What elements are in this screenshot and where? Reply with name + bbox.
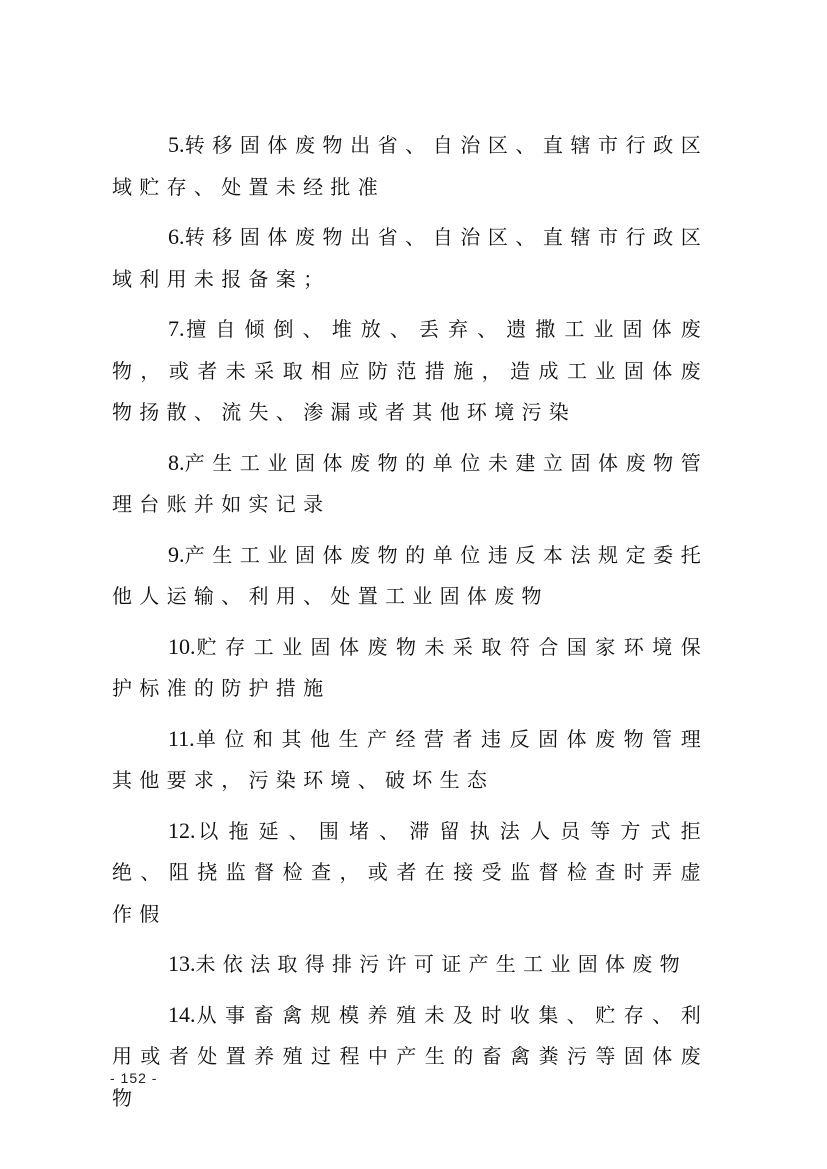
- item-number: 14.: [168, 1002, 196, 1027]
- item-number: 5.: [168, 132, 185, 157]
- item-text: 贮存工业固体废物未采取符合国家环境保护标准的防护措施: [112, 635, 708, 701]
- list-item-7: 7.擅自倾倒、堆放、丢弃、遗撒工业固体废物，或者未采取相应防范措施，造成工业固体…: [112, 308, 708, 434]
- list-item-13: 13.未依法取得排污许可证产生工业固体废物: [112, 943, 708, 986]
- document-page: 5.转移固体废物出省、自治区、直辖市行政区域贮存、处置未经批准 6.转移固体废物…: [0, 0, 827, 1169]
- item-number: 11.: [168, 726, 195, 751]
- item-text: 以拖延、围堵、滞留执法人员等方式拒绝、阻挠监督检查，或者在接受监督检查时弄虚作假: [112, 819, 708, 926]
- item-number: 8.: [168, 450, 185, 475]
- document-body: 5.转移固体废物出省、自治区、直辖市行政区域贮存、处置未经批准 6.转移固体废物…: [112, 124, 708, 1127]
- list-item-11: 11.单位和其他生产经营者违反固体废物管理其他要求，污染环境、破坏生态: [112, 718, 708, 802]
- item-number: 10.: [168, 634, 196, 659]
- item-number: 7.: [168, 316, 185, 341]
- item-number: 9.: [168, 542, 185, 567]
- list-item-5: 5.转移固体废物出省、自治区、直辖市行政区域贮存、处置未经批准: [112, 124, 708, 208]
- item-number: 12.: [168, 818, 196, 843]
- item-text: 转移固体废物出省、自治区、直辖市行政区域贮存、处置未经批准: [112, 133, 708, 199]
- item-number: 13.: [168, 951, 196, 976]
- page-number: - 152 -: [110, 1070, 157, 1086]
- item-text: 转移固体废物出省、自治区、直辖市行政区域利用未报备案；: [112, 225, 708, 291]
- item-number: 6.: [168, 224, 185, 249]
- list-item-14: 14.从事畜禽规模养殖未及时收集、贮存、利用或者处置养殖过程中产生的畜禽粪污等固…: [112, 994, 708, 1120]
- item-text: 擅自倾倒、堆放、丢弃、遗撒工业固体废物，或者未采取相应防范措施，造成工业固体废物…: [112, 317, 708, 424]
- list-item-9: 9.产生工业固体废物的单位违反本法规定委托他人运输、利用、处置工业固体废物: [112, 534, 708, 618]
- item-text: 产生工业固体废物的单位未建立固体废物管理台账并如实记录: [112, 451, 708, 517]
- list-item-6: 6.转移固体废物出省、自治区、直辖市行政区域利用未报备案；: [112, 216, 708, 300]
- item-text: 产生工业固体废物的单位违反本法规定委托他人运输、利用、处置工业固体废物: [112, 543, 708, 609]
- item-text: 单位和其他生产经营者违反固体废物管理其他要求，污染环境、破坏生态: [112, 727, 708, 793]
- item-text: 未依法取得排污许可证产生工业固体废物: [196, 952, 687, 976]
- list-item-12: 12.以拖延、围堵、滞留执法人员等方式拒绝、阻挠监督检查，或者在接受监督检查时弄…: [112, 810, 708, 936]
- list-item-8: 8.产生工业固体废物的单位未建立固体废物管理台账并如实记录: [112, 442, 708, 526]
- item-text: 从事畜禽规模养殖未及时收集、贮存、利用或者处置养殖过程中产生的畜禽粪污等固体废物: [112, 1003, 708, 1110]
- list-item-10: 10.贮存工业固体废物未采取符合国家环境保护标准的防护措施: [112, 626, 708, 710]
